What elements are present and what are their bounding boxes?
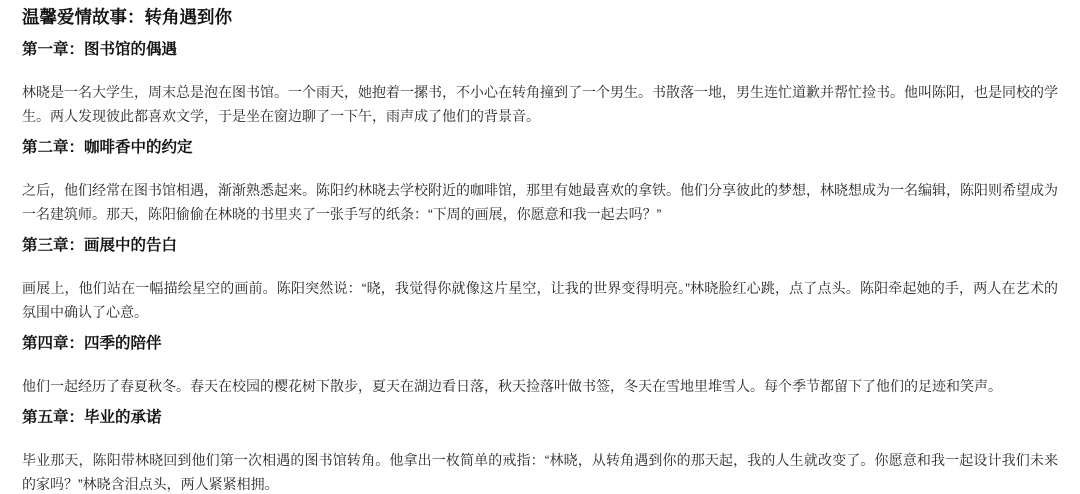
chapter-5-paragraph: 毕业那天，陈阳带林晓回到他们第一次相遇的图书馆转角。他拿出一枚简单的戒指：“林晓… [22,448,1058,494]
story-document: 温馨爱情故事：转角遇到你 第一章：图书馆的偶遇 林晓是一名大学生，周末总是泡在图… [0,0,1080,494]
document-title: 温馨爱情故事：转角遇到你 [22,6,1058,28]
chapter-section-2: 第二章：咖啡香中的约定 之后，他们经常在图书馆相遇，渐渐熟悉起来。陈阳约林晓去学… [22,138,1058,226]
chapter-1-paragraph: 林晓是一名大学生，周末总是泡在图书馆。一个雨天，她抱着一摞书，不小心在转角撞到了… [22,80,1058,128]
chapter-3-paragraph: 画展上，他们站在一幅描绘星空的画前。陈阳突然说：“晓，我觉得你就像这片星空，让我… [22,276,1058,324]
chapter-section-4: 第四章：四季的陪伴 他们一起经历了春夏秋冬。春天在校园的樱花树下散步，夏天在湖边… [22,334,1058,398]
chapter-2-paragraph: 之后，他们经常在图书馆相遇，渐渐熟悉起来。陈阳约林晓去学校附近的咖啡馆，那里有她… [22,178,1058,226]
chapter-5-heading: 第五章：毕业的承诺 [22,408,1058,428]
chapter-section-1: 第一章：图书馆的偶遇 林晓是一名大学生，周末总是泡在图书馆。一个雨天，她抱着一摞… [22,40,1058,128]
chapter-1-heading: 第一章：图书馆的偶遇 [22,40,1058,60]
chapter-3-heading: 第三章：画展中的告白 [22,236,1058,256]
chapter-4-heading: 第四章：四季的陪伴 [22,334,1058,354]
chapter-4-paragraph: 他们一起经历了春夏秋冬。春天在校园的樱花树下散步，夏天在湖边看日落，秋天捡落叶做… [22,374,1058,398]
chapter-section-3: 第三章：画展中的告白 画展上，他们站在一幅描绘星空的画前。陈阳突然说：“晓，我觉… [22,236,1058,324]
chapter-2-heading: 第二章：咖啡香中的约定 [22,138,1058,158]
chapter-section-5: 第五章：毕业的承诺 毕业那天，陈阳带林晓回到他们第一次相遇的图书馆转角。他拿出一… [22,408,1058,494]
